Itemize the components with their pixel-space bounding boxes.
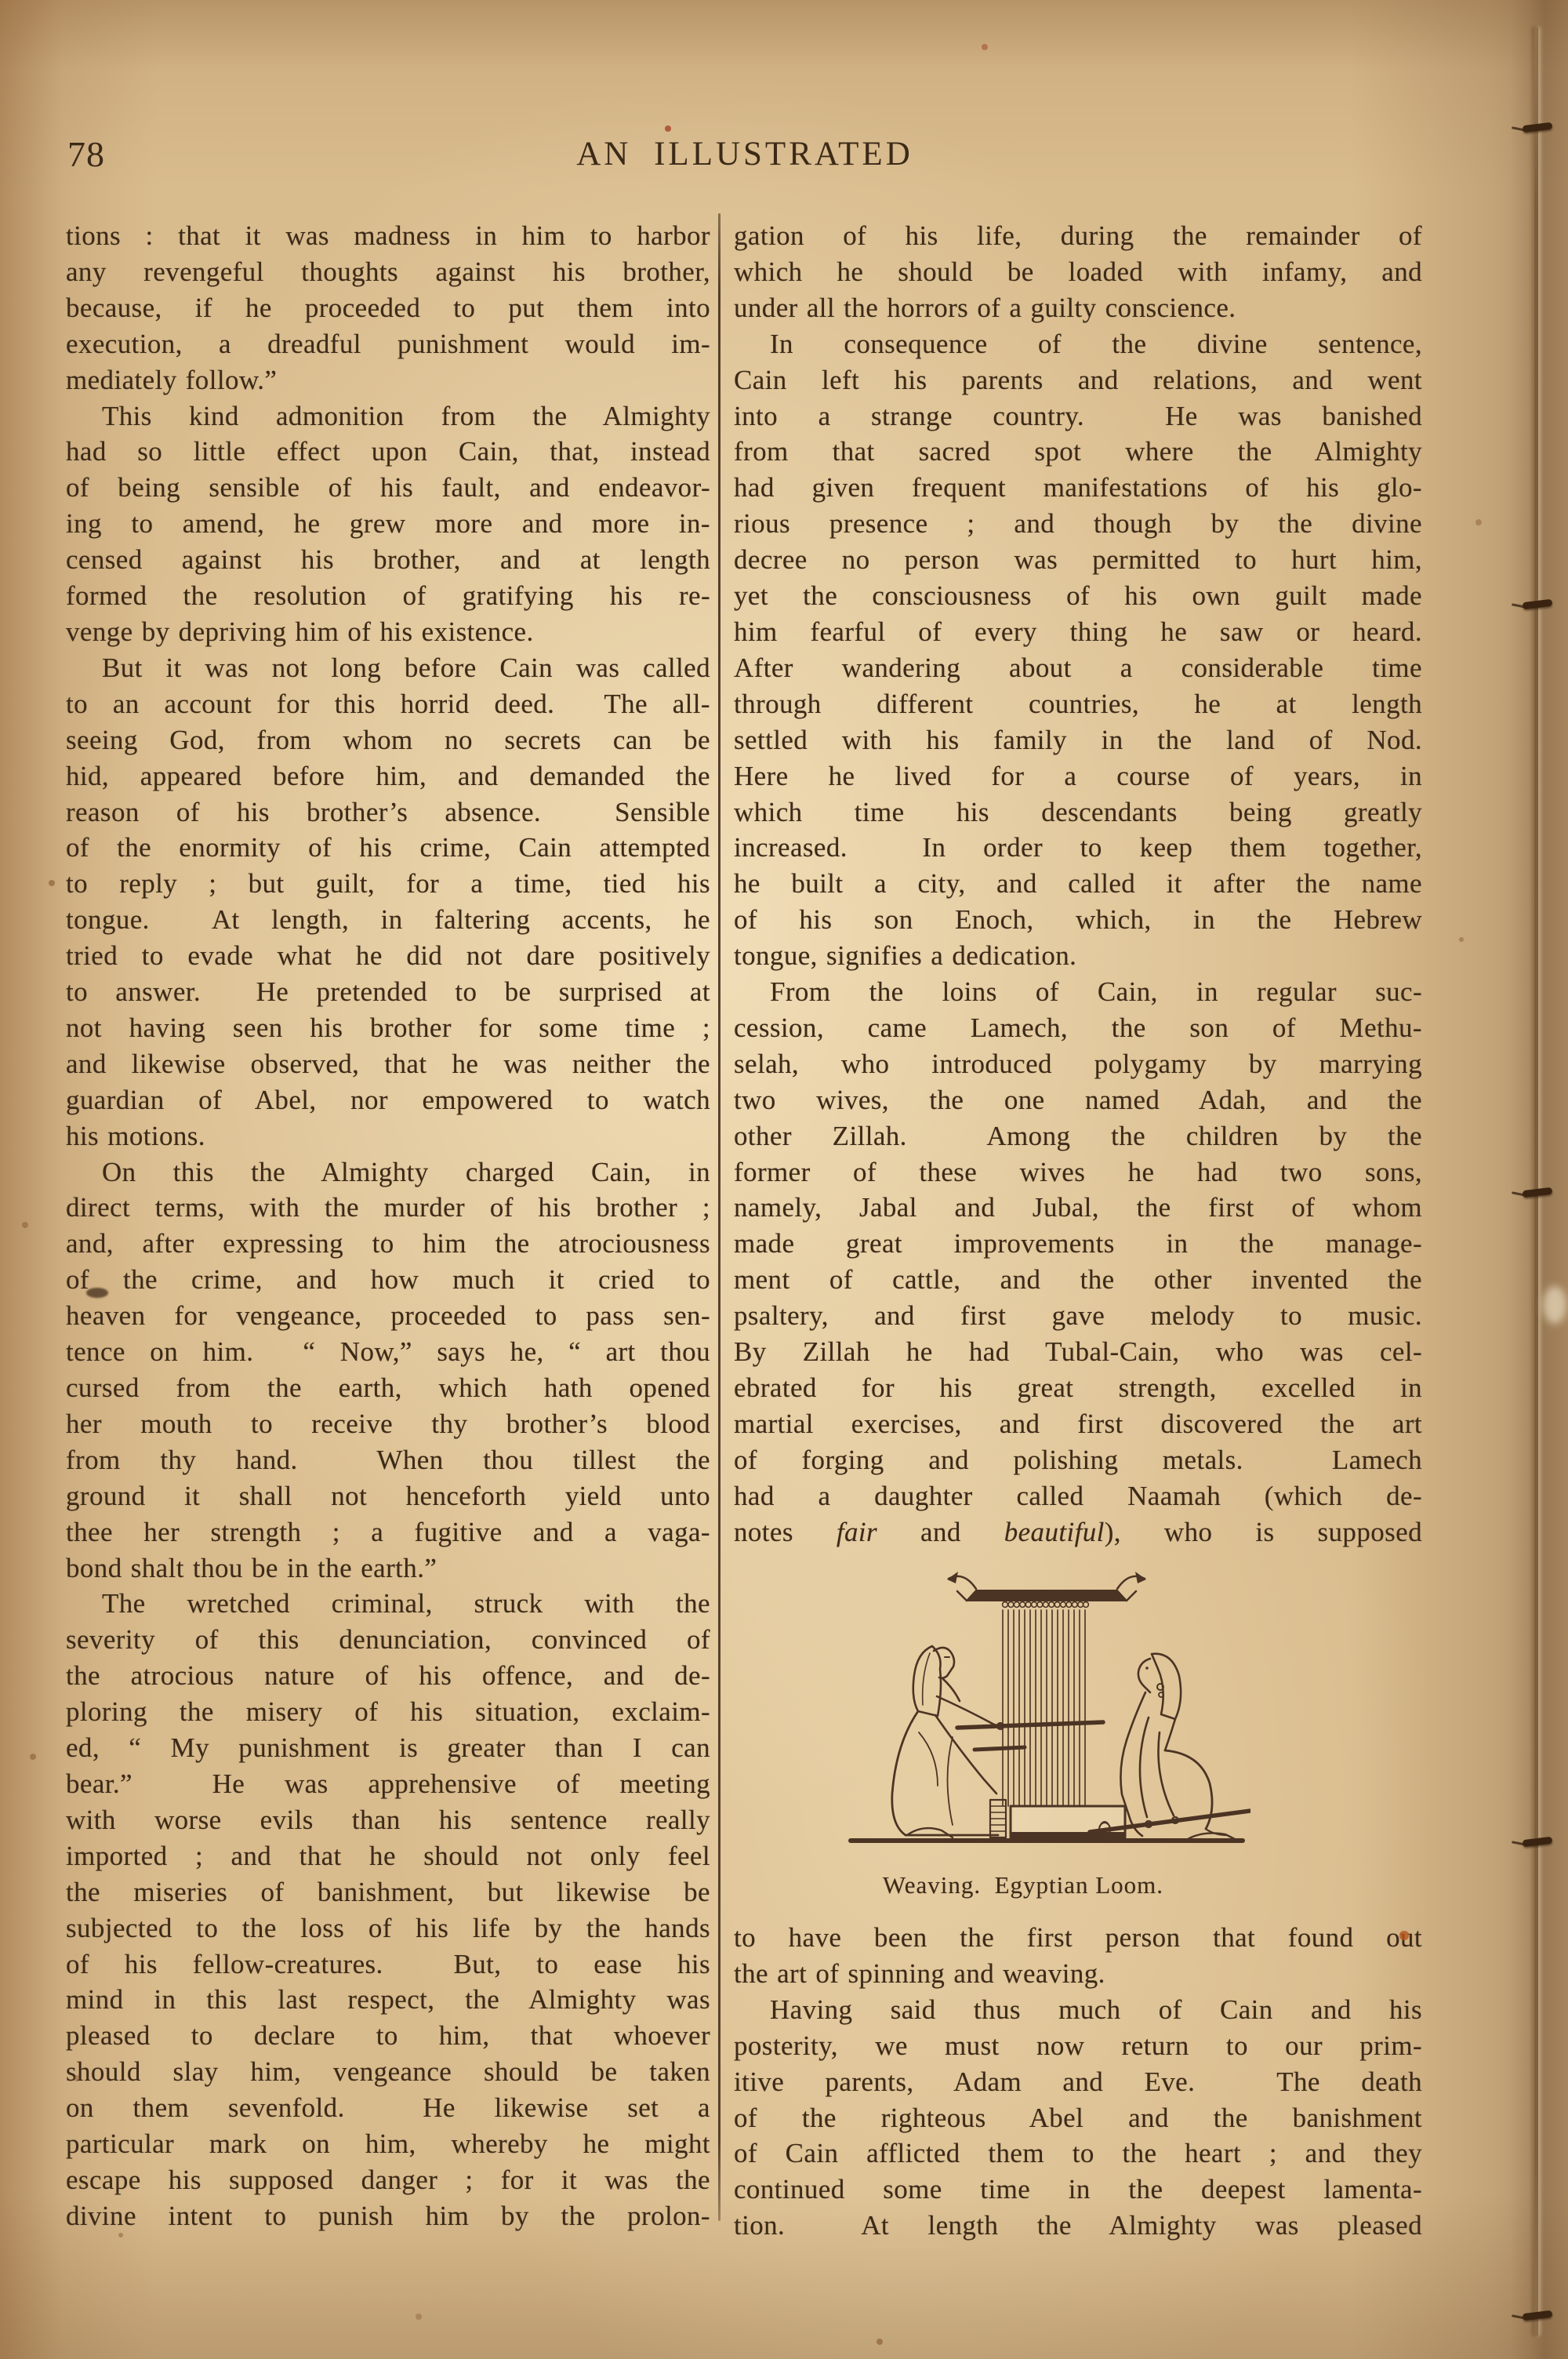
text-line: ebrated for his great strength, excelled…: [734, 1370, 1422, 1406]
right-text-column-upper: gation of his life, during the remainder…: [734, 218, 1422, 1550]
text-line: to an account for this horrid deed. The …: [66, 686, 710, 722]
text-line: tion. At length the Almighty was pleased: [734, 2208, 1422, 2244]
text-line: particular mark on him, whereby he might: [66, 2126, 710, 2162]
right-text-column-lower: to have been the first person that found…: [734, 1920, 1422, 2244]
binding-edge: [1510, 0, 1568, 2359]
text-line: Cain left his parents and relations, and…: [734, 362, 1422, 398]
egyptian-loom-illustration: [843, 1565, 1250, 1863]
text-line: divine intent to punish him by the prolo…: [66, 2198, 710, 2234]
book-page: 78 AN ILLUSTRATED tions : that it was ma…: [0, 0, 1568, 2359]
text-line: had so little effect upon Cain, that, in…: [66, 434, 710, 470]
text-line: direct terms, with the murder of his bro…: [66, 1190, 710, 1226]
text-line: her mouth to receive thy brother’s blood: [66, 1406, 710, 1442]
text-line: had given frequent manifestations of his…: [734, 470, 1422, 506]
text-line: of his son Enoch, which, in the Hebrew: [734, 902, 1422, 938]
text-line: with worse evils than his sentence reall…: [66, 1802, 710, 1838]
text-line: tried to evade what he did not dare posi…: [66, 938, 710, 974]
text-line: of his fellow-creatures. But, to ease hi…: [66, 1946, 710, 1983]
text-line: execution, a dreadful punishment would i…: [66, 326, 710, 362]
text-line: through different countries, he at lengt…: [734, 686, 1422, 722]
text-line: any revengeful thoughts against his brot…: [66, 254, 710, 290]
text-line: which time his descendants being greatly: [734, 794, 1422, 831]
text-line: former of these wives he had two sons,: [734, 1154, 1422, 1190]
text-line: ed, “ My punishment is greater than I ca…: [66, 1730, 710, 1766]
paper-specks: [0, 0, 3, 3]
text-line: increased. In order to keep them togethe…: [734, 830, 1422, 866]
text-line: bear.” He was apprehensive of meeting: [66, 1766, 710, 1802]
text-line: pleased to declare to him, that whoever: [66, 2018, 710, 2054]
text-line: notes fair and beautiful), who is suppos…: [734, 1514, 1422, 1550]
text-line: heaven for vengeance, proceeded to pass …: [66, 1298, 710, 1334]
paragraph: to have been the first person that found…: [734, 1920, 1422, 1992]
paragraph: From the loins of Cain, in regular suc-c…: [734, 974, 1422, 1550]
text-line: martial exercises, and first discovered …: [734, 1406, 1422, 1442]
text-line: ment of cattle, and the other invented t…: [734, 1262, 1422, 1298]
text-line: thee her strength ; a fugitive and a vag…: [66, 1514, 710, 1550]
text-line: tence on him. “ Now,” says he, “ art tho…: [66, 1334, 710, 1370]
text-line: the miseries of banishment, but likewise…: [66, 1874, 710, 1910]
text-line: cursed from the earth, which hath opened: [66, 1370, 710, 1406]
text-line: which he should be loaded with infamy, a…: [734, 254, 1422, 290]
text-line: continued some time in the deepest lamen…: [734, 2172, 1422, 2208]
text-line: him fearful of every thing he saw or hea…: [734, 614, 1422, 650]
text-line: From the loins of Cain, in regular suc-: [734, 974, 1422, 1010]
ink-smudge: [86, 1288, 108, 1298]
paragraph: In consequence of the divine sentence,Ca…: [734, 326, 1422, 974]
text-line: rious presence ; and though by the divin…: [734, 506, 1422, 542]
text-line: On this the Almighty charged Cain, in: [66, 1154, 710, 1190]
text-line: into a strange country. He was banished: [734, 398, 1422, 434]
text-line: hid, appeared before him, and demanded t…: [66, 758, 710, 794]
paragraph: But it was not long before Cain was call…: [66, 650, 710, 1154]
text-line: from that sacred spot where the Almighty: [734, 434, 1422, 470]
paragraph: On this the Almighty charged Cain, indir…: [66, 1154, 710, 1587]
text-line: By Zillah he had Tubal-Cain, who was cel…: [734, 1334, 1422, 1370]
text-line: because, if he proceeded to put them int…: [66, 290, 710, 326]
text-line: made great improvements in the manage-: [734, 1226, 1422, 1262]
paragraph: gation of his life, during the remainder…: [734, 218, 1422, 326]
paragraph: The wretched criminal, struck with these…: [66, 1586, 710, 2234]
paragraph: This kind admonition from the Almightyha…: [66, 398, 710, 650]
text-line: cession, came Lamech, the son of Methu-: [734, 1010, 1422, 1046]
text-line: two wives, the one named Adah, and the: [734, 1082, 1422, 1118]
text-line: ploring the misery of his situation, exc…: [66, 1694, 710, 1730]
text-line: mind in this last respect, the Almighty …: [66, 1982, 710, 2018]
text-line: selah, who introduced polygamy by marryi…: [734, 1046, 1422, 1082]
text-line: subjected to the loss of his life by the…: [66, 1910, 710, 1946]
text-line: of the righteous Abel and the banishment: [734, 2100, 1422, 2136]
text-line: tongue, signifies a dedication.: [734, 938, 1422, 974]
text-line: other Zillah. Among the children by the: [734, 1118, 1422, 1154]
text-line: his motions.: [66, 1118, 710, 1154]
text-line: itive parents, Adam and Eve. The death: [734, 2064, 1422, 2100]
text-line: bond shalt thou be in the earth.”: [66, 1550, 710, 1587]
text-line: of the crime, and how much it cried to: [66, 1262, 710, 1298]
text-line: and, after expressing to him the atrocio…: [66, 1226, 710, 1262]
text-line: the atrocious nature of his offence, and…: [66, 1658, 710, 1694]
running-header: AN ILLUSTRATED: [66, 135, 1424, 173]
text-line: of Cain afflicted them to the heart ; an…: [734, 2135, 1422, 2172]
text-line: Having said thus much of Cain and his: [734, 1992, 1422, 2028]
text-line: formed the resolution of gratifying his …: [66, 578, 710, 614]
text-line: of being sensible of his fault, and ende…: [66, 470, 710, 506]
loom-figure: [843, 1565, 1250, 1863]
text-line: under all the horrors of a guilty consci…: [734, 290, 1422, 326]
text-line: of forging and polishing metals. Lamech: [734, 1442, 1422, 1478]
text-line: decree no person was permitted to hurt h…: [734, 542, 1422, 578]
text-line: from thy hand. When thou tillest the: [66, 1442, 710, 1478]
text-line: yet the consciousness of his own guilt m…: [734, 578, 1422, 614]
text-line: censed against his brother, and at lengt…: [66, 542, 710, 578]
text-line: to reply ; but guilt, for a time, tied h…: [66, 866, 710, 902]
text-line: imported ; and that he should not only f…: [66, 1838, 710, 1874]
text-line: namely, Jabal and Jubal, the first of wh…: [734, 1190, 1422, 1226]
text-line: he built a city, and called it after the…: [734, 866, 1422, 902]
text-line: psaltery, and first gave melody to music…: [734, 1298, 1422, 1334]
column-divider-rule: [718, 213, 720, 2221]
text-line: gation of his life, during the remainder…: [734, 218, 1422, 254]
text-line: seeing God, from whom no secrets can be: [66, 722, 710, 758]
text-line: severity of this denunciation, convinced…: [66, 1622, 710, 1658]
text-line: on them sevenfold. He likewise set a: [66, 2090, 710, 2126]
text-line: After wandering about a considerable tim…: [734, 650, 1422, 686]
paragraph: tions : that it was madness in him to ha…: [66, 218, 710, 398]
text-line: posterity, we must now return to our pri…: [734, 2028, 1422, 2064]
text-line: The wretched criminal, struck with the: [66, 1586, 710, 1622]
paragraph: Having said thus much of Cain and hispos…: [734, 1992, 1422, 2244]
text-line: the art of spinning and weaving.: [734, 1956, 1422, 1992]
text-line: settled with his family in the land of N…: [734, 722, 1422, 758]
text-line: tongue. At length, in faltering accents,…: [66, 902, 710, 938]
text-line: This kind admonition from the Almighty: [66, 398, 710, 434]
text-line: escape his supposed danger ; for it was …: [66, 2162, 710, 2198]
binding-crease: [1534, 27, 1538, 2336]
left-text-column: tions : that it was madness in him to ha…: [66, 218, 710, 2234]
text-line: ground it shall not henceforth yield unt…: [66, 1478, 710, 1514]
text-line: venge by depriving him of his existence.: [66, 614, 710, 650]
text-line: reason of his brother’s absence. Sensibl…: [66, 794, 710, 831]
text-line: and likewise observed, that he was neith…: [66, 1046, 710, 1082]
text-line: to have been the first person that found…: [734, 1920, 1422, 1956]
figure-caption: Weaving. Egyptian Loom.: [815, 1871, 1231, 1899]
text-line: But it was not long before Cain was call…: [66, 650, 710, 686]
running-head-row: 78 AN ILLUSTRATED: [66, 132, 1424, 179]
text-line: In consequence of the divine sentence,: [734, 326, 1422, 362]
text-line: guardian of Abel, nor empowered to watch: [66, 1082, 710, 1118]
text-line: Here he lived for a course of years, in: [734, 758, 1422, 794]
text-line: ing to amend, he grew more and more in-: [66, 506, 710, 542]
text-line: not having seen his brother for some tim…: [66, 1010, 710, 1046]
paper-highlight-spot: [1543, 1286, 1566, 1324]
text-line: mediately follow.”: [66, 362, 710, 398]
text-line: of the enormity of his crime, Cain attem…: [66, 830, 710, 866]
text-line: had a daughter called Naamah (which de-: [734, 1478, 1422, 1514]
text-line: tions : that it was madness in him to ha…: [66, 218, 710, 254]
text-line: to answer. He pretended to be surprised …: [66, 974, 710, 1010]
text-line: should slay him, vengeance should be tak…: [66, 2054, 710, 2090]
